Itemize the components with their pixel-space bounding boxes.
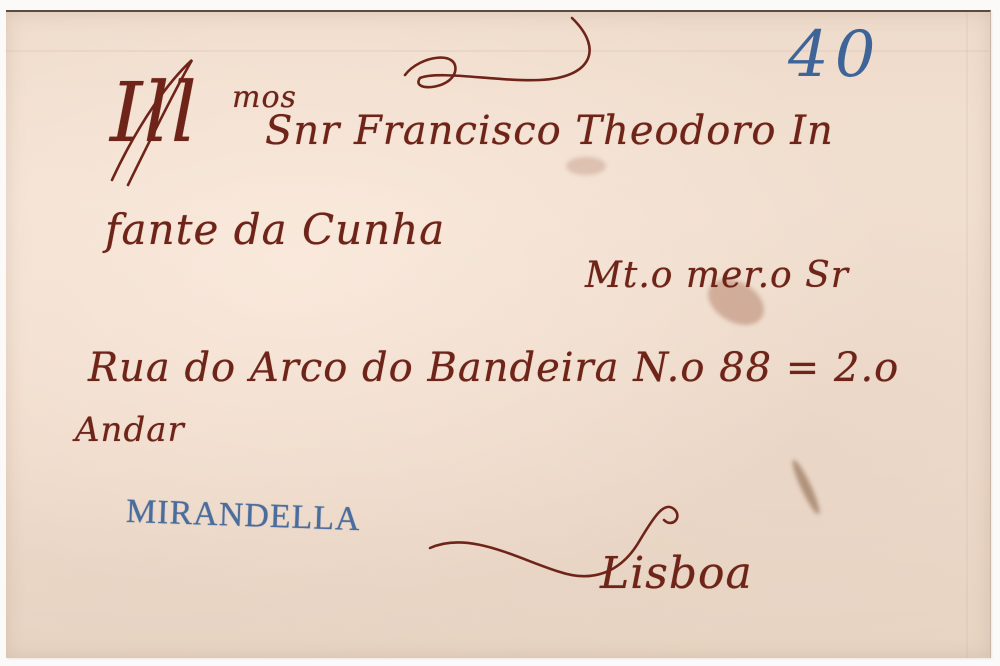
address-line-1: Snr Francisco Theodoro In [265,108,834,154]
address-line-4: Rua do Arco do Bandeira N.o 88 = 2.o [88,345,899,391]
address-line-2: fante da Cunha [105,205,445,254]
town-handstamp: MIRANDELLA [125,493,361,539]
scan-stage: 40 Ill mos Snr Francisco Theodoro In fan… [0,0,1000,666]
destination-city: Lisboa [600,548,753,599]
flourish-top [405,18,590,87]
salutation-capital: Ill [110,66,198,161]
address-line-3: Mt.o mer.o Sr [585,255,849,296]
address-line-5: Andar [75,410,185,450]
